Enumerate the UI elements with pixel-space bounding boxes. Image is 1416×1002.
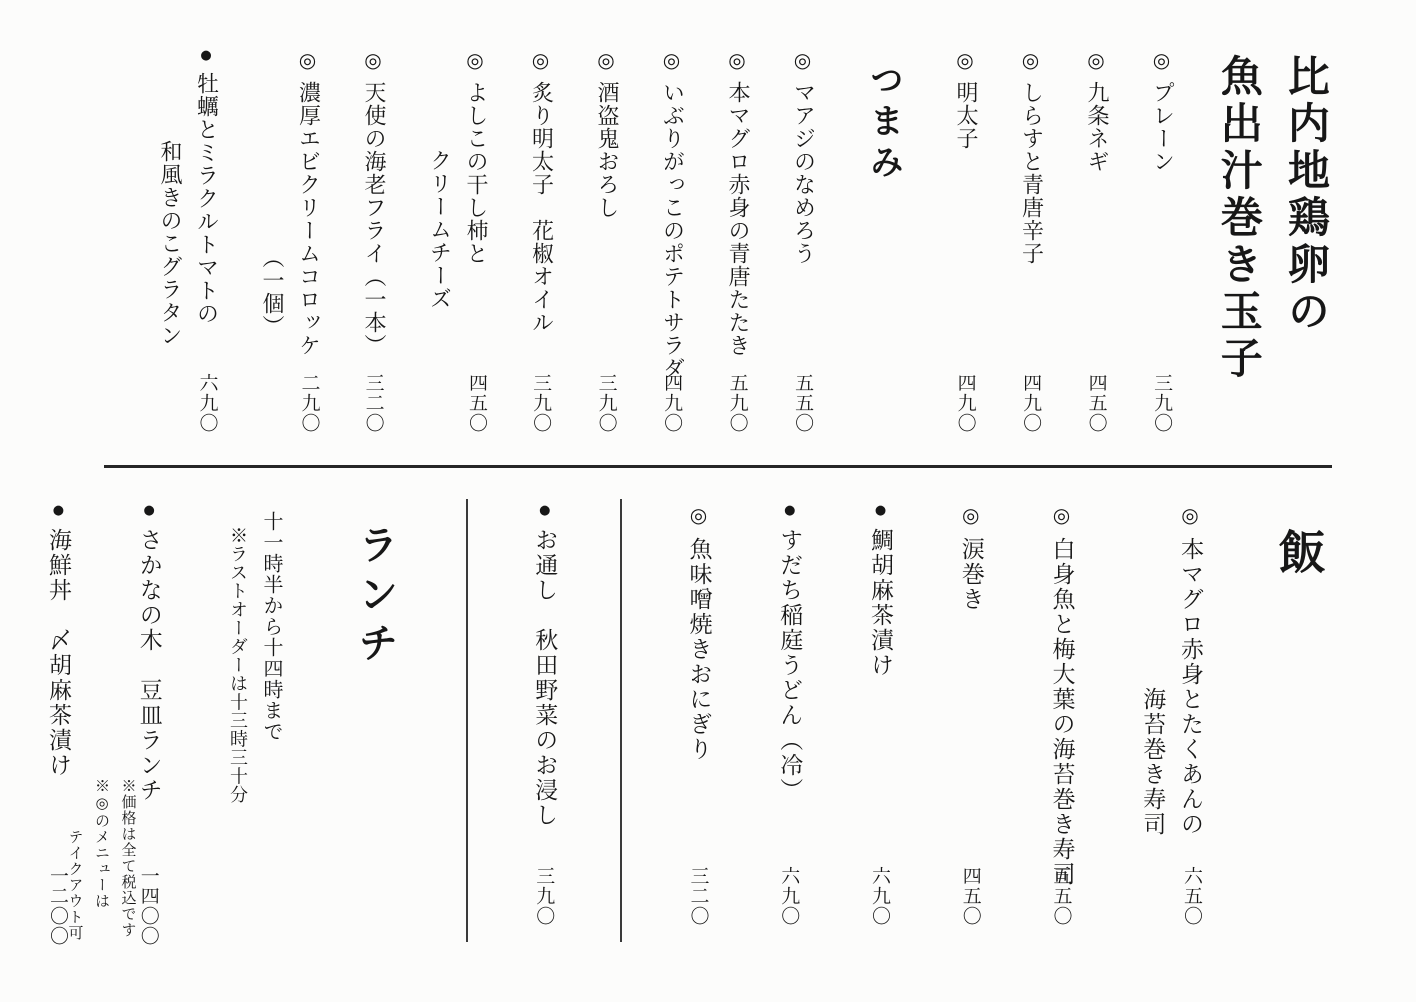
footnote-line: ※◎のメニューは	[91, 778, 114, 941]
item-name-line: ●海鮮丼 〆胡麻茶漬け	[43, 503, 72, 778]
item-name: ●すだち稲庭うどん（冷）	[775, 468, 804, 803]
item-name: ◎明太子	[952, 0, 980, 150]
menu-item: ◎いぶりがっこのポテトサラダ四九〇	[658, 0, 686, 465]
item-price: 二九〇	[298, 373, 321, 433]
dot-bullet-icon: ●	[199, 48, 214, 64]
item-name: ◎天使の海老フライ（一本）	[360, 0, 388, 357]
item-price: 五五〇	[791, 373, 814, 433]
menu-item: ◎濃厚エビクリームコロッケ（一個）二九〇	[258, 0, 322, 465]
takeout-ok-bullet-icon: ◎	[1084, 48, 1108, 73]
item-name: ●牡蠣とミラクルトマトの和風きのこグラタン	[156, 0, 220, 347]
dot-bullet-icon: ●	[142, 503, 157, 520]
takeout-ok-bullet-icon: ◎	[361, 48, 385, 73]
takeout-ok-bullet-icon: ◎	[1150, 48, 1174, 73]
item-price: 四五〇	[959, 866, 982, 926]
menu-item: ◎九条ネギ四五〇	[1083, 0, 1111, 465]
menu-item: ●鯛胡麻茶漬け六九〇	[865, 468, 894, 1002]
item-name: ◎マアジのなめろう	[789, 0, 817, 265]
takeout-ok-bullet-icon: ◎	[296, 48, 320, 73]
item-price: 三九〇	[1150, 373, 1173, 433]
item-name-line: ◎よしこの干し柿と	[462, 48, 490, 310]
item-name-line: 和風きのこグラタン	[156, 48, 184, 347]
takeout-ok-bullet-icon: ◎	[594, 48, 618, 73]
menu-item: ●すだち稲庭うどん（冷）六九〇	[775, 468, 804, 1002]
item-price: 五九〇	[726, 373, 749, 433]
menu-item: ◎白身魚と梅大葉の海苔巻き寿司五五〇	[1047, 468, 1076, 1002]
item-name-line: ●鯛胡麻茶漬け	[865, 503, 894, 678]
takeout-ok-bullet-icon: ◎	[1019, 48, 1043, 73]
item-price: 四五〇	[1085, 373, 1108, 433]
item-name-line: （一個）	[258, 48, 286, 357]
item-price: 三九〇	[529, 373, 552, 433]
item-name-line: ●牡蠣とミラクルトマトの	[192, 48, 220, 347]
menu-item: ◎天使の海老フライ（一本）三二〇	[360, 0, 388, 465]
item-name-line: 海苔巻き寿司	[1138, 503, 1167, 837]
item-name: ◎しらすと青唐辛子	[1017, 0, 1045, 265]
item-name-line: ◎いぶりがっこのポテトサラダ	[658, 48, 686, 380]
takeout-ok-bullet-icon: ◎	[660, 48, 684, 73]
menu-item: ◎マアジのなめろう五五〇	[789, 0, 817, 465]
menu-title: 比内地鶏卵の魚出汁巻き玉子	[1214, 0, 1332, 465]
menu-item: ◎本マグロ赤身の青唐たたき五九〇	[724, 0, 752, 465]
item-price: 四九〇	[1019, 373, 1042, 433]
menu-item: ◎酒盗鬼おろし三九〇	[593, 0, 621, 465]
menu-page: 比内地鶏卵の魚出汁巻き玉子 ◎プレーン三九〇◎九条ネギ四五〇◎しらすと青唐辛子四…	[0, 0, 1416, 1002]
menu-item: ◎明太子四九〇	[952, 0, 980, 465]
item-name: ●さかなの木 豆皿ランチ	[134, 468, 163, 803]
item-name: ◎白身魚と梅大葉の海苔巻き寿司	[1047, 468, 1076, 887]
takeout-ok-bullet-icon: ◎	[1178, 503, 1202, 529]
item-name: ◎本マグロ赤身の青唐たたき	[724, 0, 752, 357]
item-price: 四九〇	[954, 373, 977, 433]
takeout-ok-bullet-icon: ◎	[463, 48, 487, 73]
menu-item: ◎涙巻き四五〇	[956, 468, 985, 1002]
item-price: 三九〇	[595, 373, 618, 433]
lunch-hours-block: 十一時半から十四時まで ※ラストオーダーは十三時三十分	[225, 468, 285, 1002]
footnote-line: テイクアウト可	[64, 778, 87, 941]
item-name: ●鯛胡麻茶漬け	[865, 468, 894, 678]
item-name-line: ◎魚味噌焼きおにぎり	[684, 503, 713, 762]
menu-item: ◎プレーン三九〇	[1148, 0, 1176, 465]
item-name: ◎いぶりがっこのポテトサラダ	[658, 0, 686, 380]
section-heading-meshi: 飯	[1266, 468, 1332, 1002]
takeout-ok-bullet-icon: ◎	[959, 503, 983, 529]
menu-item: ◎しらすと青唐辛子四九〇	[1017, 0, 1045, 465]
item-name-line: ●お通し 秋田野菜のお浸し	[530, 503, 559, 828]
item-name: ◎本マグロ赤身とたくあんの海苔巻き寿司	[1138, 468, 1205, 837]
dot-bullet-icon: ●	[873, 503, 888, 520]
takeout-ok-bullet-icon: ◎	[687, 503, 711, 529]
item-price: 六九〇	[196, 373, 219, 433]
item-price: 五五〇	[1050, 866, 1073, 926]
section-heading-tsumami: つまみ	[860, 0, 909, 465]
item-price: 六九〇	[868, 866, 891, 926]
item-name-line: ◎明太子	[952, 48, 980, 150]
footnote-line: ※価格は全て税込です	[117, 778, 140, 941]
item-name: ◎よしこの干し柿とクリームチーズ	[425, 0, 489, 310]
item-price: 六五〇	[1180, 866, 1203, 926]
item-name-line: ◎九条ネギ	[1083, 48, 1111, 173]
footnotes: ※価格は全て税込です※◎のメニューはテイクアウト可	[64, 778, 140, 941]
item-name-line: ◎プレーン	[1148, 48, 1176, 173]
takeout-ok-bullet-icon: ◎	[725, 48, 749, 73]
item-name: ●お通し 秋田野菜のお浸し	[530, 468, 559, 828]
item-name-line: ◎涙巻き	[956, 503, 985, 612]
item-name-line: ●さかなの木 豆皿ランチ	[134, 503, 163, 803]
item-name: ◎酒盗鬼おろし	[593, 0, 621, 219]
item-name-line: クリームチーズ	[425, 48, 453, 310]
menu-item: ◎炙り明太子 花椒オイル三九〇	[527, 0, 555, 465]
vertical-divider	[620, 499, 622, 942]
lunch-hours: 十一時半から十四時まで	[258, 511, 285, 1002]
takeout-ok-bullet-icon: ◎	[1050, 503, 1074, 529]
item-price: 四五〇	[465, 373, 488, 433]
takeout-ok-bullet-icon: ◎	[529, 48, 553, 73]
menu-item: ●牡蠣とミラクルトマトの和風きのこグラタン六九〇	[156, 0, 220, 465]
item-name: ◎魚味噌焼きおにぎり	[684, 468, 713, 762]
item-price: 三九〇	[532, 866, 555, 926]
item-name: ◎濃厚エビクリームコロッケ（一個）	[258, 0, 322, 357]
lunch-last-order-note: ※ラストオーダーは十三時三十分	[225, 511, 249, 1002]
menu-item: ◎よしこの干し柿とクリームチーズ四五〇	[425, 0, 489, 465]
item-price: 六九〇	[777, 866, 800, 926]
item-price: 四九〇	[660, 373, 683, 433]
takeout-ok-bullet-icon: ◎	[791, 48, 815, 73]
item-name: ●海鮮丼 〆胡麻茶漬け	[43, 468, 72, 778]
item-name-line: ◎天使の海老フライ（一本）	[360, 48, 388, 357]
item-name-line: ◎炙り明太子 花椒オイル	[527, 48, 555, 334]
top-section: 比内地鶏卵の魚出汁巻き玉子 ◎プレーン三九〇◎九条ネギ四五〇◎しらすと青唐辛子四…	[0, 0, 1416, 465]
item-price: 三二〇	[362, 373, 385, 433]
section-heading-lunch: ランチ	[347, 468, 404, 1002]
dot-bullet-icon: ●	[51, 503, 66, 520]
menu-item: ●お通し 秋田野菜のお浸し三九〇	[530, 468, 559, 1002]
vertical-divider	[466, 499, 468, 942]
item-name-line: ●すだち稲庭うどん（冷）	[775, 503, 804, 803]
item-name: ◎プレーン	[1148, 0, 1176, 173]
item-name: ◎九条ネギ	[1083, 0, 1111, 173]
item-name-line: ◎しらすと青唐辛子	[1017, 48, 1045, 265]
takeout-ok-bullet-icon: ◎	[953, 48, 977, 73]
bottom-section: 飯 ◎本マグロ赤身とたくあんの海苔巻き寿司六五〇◎白身魚と梅大葉の海苔巻き寿司五…	[0, 468, 1416, 1002]
item-name-line: ◎本マグロ赤身の青唐たたき	[724, 48, 752, 357]
item-name-line: ◎酒盗鬼おろし	[593, 48, 621, 219]
dot-bullet-icon: ●	[537, 503, 552, 520]
item-name-line: ◎濃厚エビクリームコロッケ	[294, 48, 322, 357]
menu-item: ◎本マグロ赤身とたくあんの海苔巻き寿司六五〇	[1138, 468, 1205, 1002]
item-name: ◎炙り明太子 花椒オイル	[527, 0, 555, 334]
item-name-line: ◎白身魚と梅大葉の海苔巻き寿司	[1047, 503, 1076, 887]
item-price: 一四〇〇	[137, 866, 160, 946]
item-name-line: ◎マアジのなめろう	[789, 48, 817, 265]
menu-item: ◎魚味噌焼きおにぎり三二〇	[684, 468, 713, 1002]
title-line: 魚出汁巻き玉子	[1214, 54, 1265, 465]
dot-bullet-icon: ●	[782, 503, 797, 520]
title-line: 比内地鶏卵の	[1281, 54, 1332, 465]
item-price: 三二〇	[687, 866, 710, 926]
item-name: ◎涙巻き	[956, 468, 985, 612]
item-name-line: ◎本マグロ赤身とたくあんの	[1175, 503, 1204, 837]
